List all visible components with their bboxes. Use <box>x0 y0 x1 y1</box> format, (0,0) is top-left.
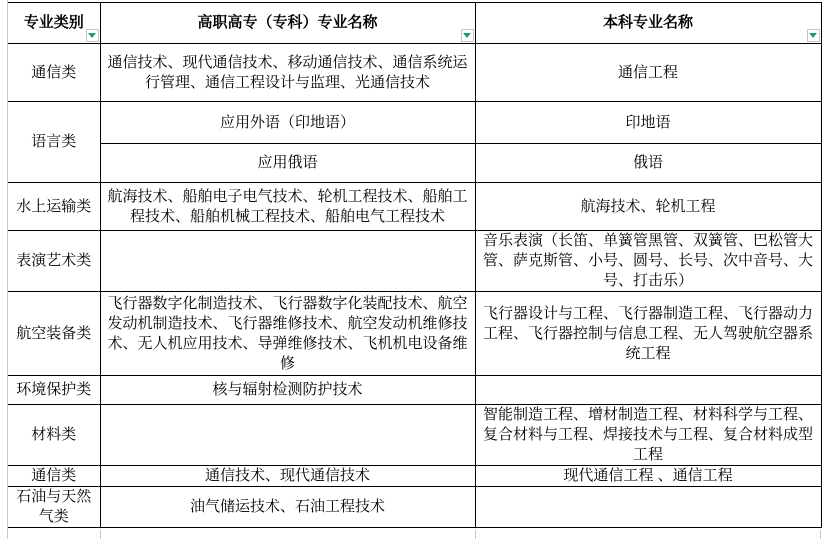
cell-category[interactable]: 通信类 <box>8 44 100 102</box>
cell-category[interactable]: 语言类 <box>8 102 100 183</box>
sheet-gridline-stub <box>475 530 476 539</box>
cell-undergraduate[interactable] <box>475 376 821 405</box>
filter-dropdown-icon <box>88 33 96 38</box>
cell-category[interactable]: 航空装备类 <box>8 292 100 376</box>
header-category[interactable]: 专业类别 <box>8 3 100 44</box>
table-row: 语言类 应用外语（印地语） 印地语 <box>8 102 821 144</box>
table-row: 通信类 通信技术、现代通信技术 现代通信工程 、通信工程 <box>8 466 821 487</box>
table-row: 环境保护类 核与辐射检测防护技术 <box>8 376 821 405</box>
cell-undergraduate[interactable]: 通信工程 <box>475 44 821 102</box>
cell-vocational[interactable]: 油气储运技术、石油工程技术 <box>100 487 475 528</box>
cell-vocational[interactable]: 通信技术、现代通信技术 <box>100 466 475 487</box>
cell-category[interactable]: 环境保护类 <box>8 376 100 405</box>
filter-dropdown-icon <box>463 33 471 38</box>
filter-button-category[interactable] <box>86 29 99 42</box>
table-row: 表演艺术类 音乐表演（长笛、单簧管黑管、双簧管、巴松管大管、萨克斯管、小号、圆号… <box>8 231 821 292</box>
table-row: 航空装备类 飞行器数字化制造技术、飞行器数字化装配技术、航空发动机制造技术、飞行… <box>8 292 821 376</box>
cell-vocational[interactable]: 核与辐射检测防护技术 <box>100 376 475 405</box>
cell-vocational[interactable] <box>100 405 475 466</box>
sheet-gridline-stub <box>100 530 101 539</box>
sheet-gridline-stub <box>820 530 821 539</box>
cell-undergraduate[interactable]: 智能制造工程、增材制造工程、材料科学与工程、复合材料与工程、焊接技术与工程、复合… <box>475 405 821 466</box>
header-category-label: 专业类别 <box>24 14 84 31</box>
header-undergraduate[interactable]: 本科专业名称 <box>475 3 821 44</box>
filter-dropdown-icon <box>809 33 817 38</box>
cell-undergraduate[interactable]: 飞行器设计与工程、飞行器制造工程、飞行器动力工程、飞行器控制与信息工程、无人驾驶… <box>475 292 821 376</box>
cell-category[interactable]: 水上运输类 <box>8 183 100 231</box>
majors-table-container: 专业类别 高职高专（专科）专业名称 本科专业名称 通信类 通信技术、现代通信技术… <box>8 2 822 528</box>
cell-undergraduate[interactable]: 印地语 <box>475 102 821 144</box>
cell-undergraduate[interactable] <box>475 487 821 528</box>
header-vocational-label: 高职高专（专科）专业名称 <box>197 14 377 31</box>
table-row: 通信类 通信技术、现代通信技术、移动通信技术、通信系统运行管理、通信工程设计与监… <box>8 44 821 102</box>
table-row: 水上运输类 航海技术、船舶电子电气技术、轮机工程技术、船舶工程技术、船舶机械工程… <box>8 183 821 231</box>
cell-undergraduate[interactable]: 现代通信工程 、通信工程 <box>475 466 821 487</box>
filter-button-vocational[interactable] <box>461 29 474 42</box>
cell-vocational[interactable]: 飞行器数字化制造技术、飞行器数字化装配技术、航空发动机制造技术、飞行器维修技术、… <box>100 292 475 376</box>
table-row: 应用俄语 俄语 <box>8 144 821 183</box>
cell-undergraduate[interactable]: 音乐表演（长笛、单簧管黑管、双簧管、巴松管大管、萨克斯管、小号、圆号、长号、次中… <box>475 231 821 292</box>
cell-vocational[interactable]: 航海技术、船舶电子电气技术、轮机工程技术、船舶工程技术、船舶机械工程技术、船舶电… <box>100 183 475 231</box>
header-row: 专业类别 高职高专（专科）专业名称 本科专业名称 <box>8 3 821 44</box>
cell-category[interactable]: 石油与天然气类 <box>8 487 100 528</box>
cell-vocational[interactable]: 应用外语（印地语） <box>100 102 475 144</box>
cell-undergraduate[interactable]: 航海技术、轮机工程 <box>475 183 821 231</box>
cell-category[interactable]: 材料类 <box>8 405 100 466</box>
header-undergraduate-label: 本科专业名称 <box>603 14 693 31</box>
filter-button-undergraduate[interactable] <box>807 29 820 42</box>
cell-vocational[interactable]: 应用俄语 <box>100 144 475 183</box>
cell-vocational[interactable]: 通信技术、现代通信技术、移动通信技术、通信系统运行管理、通信工程设计与监理、光通… <box>100 44 475 102</box>
cell-category[interactable]: 通信类 <box>8 466 100 487</box>
header-vocational[interactable]: 高职高专（专科）专业名称 <box>100 3 475 44</box>
majors-table: 专业类别 高职高专（专科）专业名称 本科专业名称 通信类 通信技术、现代通信技术… <box>8 2 822 528</box>
cell-category[interactable]: 表演艺术类 <box>8 231 100 292</box>
cell-undergraduate[interactable]: 俄语 <box>475 144 821 183</box>
cell-vocational[interactable] <box>100 231 475 292</box>
table-row: 石油与天然气类 油气储运技术、石油工程技术 <box>8 487 821 528</box>
table-row: 材料类 智能制造工程、增材制造工程、材料科学与工程、复合材料与工程、焊接技术与工… <box>8 405 821 466</box>
